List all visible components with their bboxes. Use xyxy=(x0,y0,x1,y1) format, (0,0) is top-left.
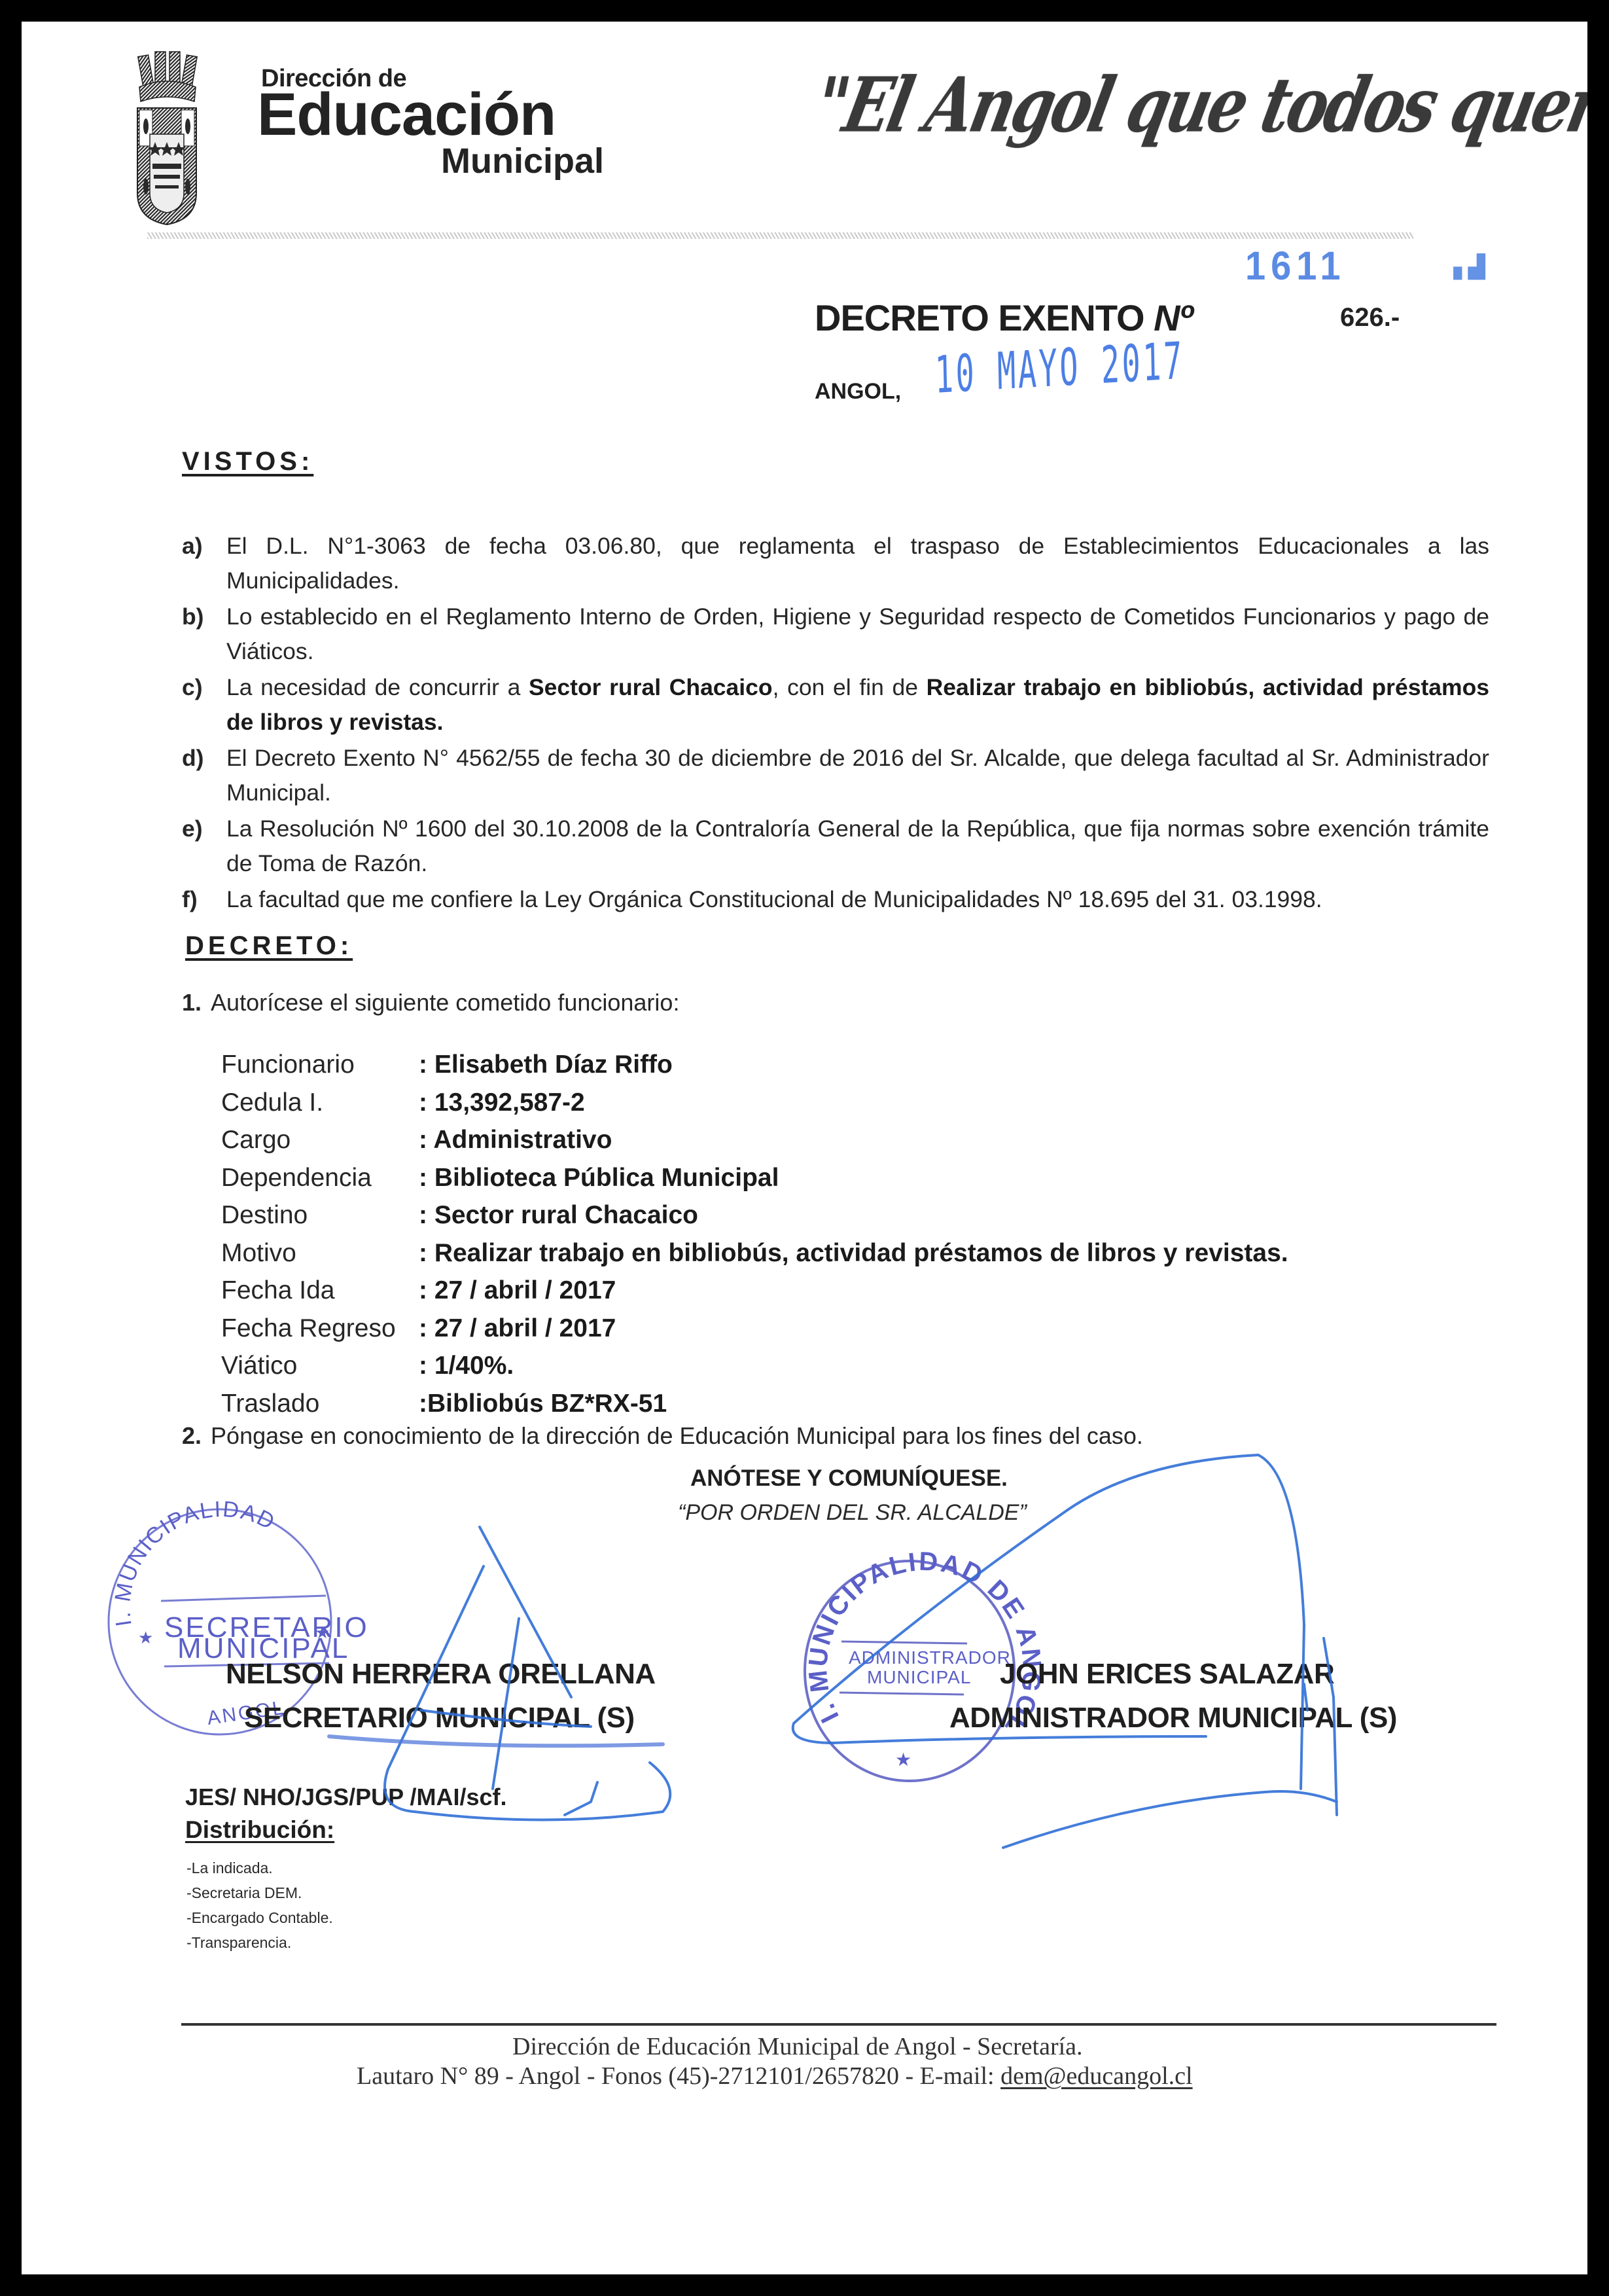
svg-text:★: ★ xyxy=(315,1623,330,1642)
header-divider xyxy=(147,232,1413,239)
item-text: El D.L. N°1-3063 de fecha 03.06.80, que … xyxy=(226,533,1489,594)
item-text: La facultad que me confiere la Ley Orgán… xyxy=(226,886,1322,912)
detail-key: Destino xyxy=(221,1196,417,1234)
distribution-item: -Transparencia. xyxy=(186,1930,333,1955)
svg-text:ADMINISTRADOR: ADMINISTRADOR xyxy=(849,1647,1011,1668)
vistos-item: f)La facultad que me confiere la Ley Org… xyxy=(182,882,1489,917)
item-label: e) xyxy=(182,812,203,846)
point-text: Autorícese el siguiente cometido funcion… xyxy=(211,989,679,1016)
secretario-seal-icon xyxy=(109,1509,331,1734)
header-org-line2: Educación xyxy=(257,84,556,145)
signatory-right-name: JOHN ERICES SALAZAR xyxy=(1000,1658,1334,1691)
detail-key: Viático xyxy=(221,1347,417,1385)
distribution-heading: Distribución: xyxy=(185,1816,334,1844)
point-text: Póngase en conocimiento de la dirección … xyxy=(211,1422,1143,1449)
decree-title-prefix: DECRETO EXENTO xyxy=(815,297,1154,338)
detail-value: : 27 / abril / 2017 xyxy=(419,1272,616,1310)
footer-email-link[interactable]: dem@educangol.cl xyxy=(1000,2062,1193,2090)
decreto-point-1: 1.Autorícese el siguiente cometido funci… xyxy=(182,989,679,1016)
vistos-item: b)Lo establecido en el Reglamento Intern… xyxy=(182,600,1489,669)
item-text: La Resolución Nº 1600 del 30.10.2008 de … xyxy=(226,816,1489,876)
detail-value: : 1/40%. xyxy=(419,1347,514,1385)
distribution-item: -La indicada. xyxy=(186,1856,333,1880)
detail-key: Funcionario xyxy=(221,1046,417,1084)
point-number: 2. xyxy=(182,1422,202,1449)
item-label: b) xyxy=(182,600,204,634)
svg-text:MUNICIPAL: MUNICIPAL xyxy=(867,1667,971,1687)
closing-por-orden: “POR ORDEN DEL SR. ALCALDE” xyxy=(678,1500,1027,1526)
detail-value: : Biblioteca Pública Municipal xyxy=(419,1159,779,1197)
detail-value: : Sector rural Chacaico xyxy=(419,1196,698,1234)
decree-number: 626.- xyxy=(1340,303,1400,332)
signatory-left-title: SECRETARIO MUNICIPAL (S) xyxy=(244,1702,635,1734)
distribution-item: -Encargado Contable. xyxy=(186,1905,333,1930)
item-label: d) xyxy=(182,741,204,776)
detail-key: Motivo xyxy=(221,1234,417,1272)
detail-value: :Bibliobús BZ*RX-51 xyxy=(419,1385,667,1423)
document-page: Dirección de Educación Municipal "El Ang… xyxy=(22,22,1587,2274)
detail-key: Cargo xyxy=(221,1121,417,1159)
header-org-line3: Municipal xyxy=(441,143,604,179)
vistos-item: e)La Resolución Nº 1600 del 30.10.2008 d… xyxy=(182,812,1489,881)
decree-title: DECRETO EXENTO Nº xyxy=(815,296,1192,339)
footer-line-2: Lautaro N° 89 - Angol - Fonos (45)-27121… xyxy=(357,2062,1193,2090)
item-text: , con el fin de xyxy=(773,674,927,700)
vistos-heading: VISTOS: xyxy=(182,447,313,476)
svg-text:SECRETARIO: SECRETARIO xyxy=(164,1611,369,1643)
registry-stamp-marks: ▗ ▟ xyxy=(1445,254,1485,280)
footer-divider xyxy=(181,2023,1496,2026)
item-label: f) xyxy=(182,882,198,917)
date-stamp: 10 MAYO 2017 xyxy=(934,336,1185,401)
decree-place: ANGOL, xyxy=(815,379,901,404)
detail-value: : 13,392,587-2 xyxy=(419,1084,585,1122)
distribution-list: -La indicada.-Secretaria DEM.-Encargado … xyxy=(186,1856,333,1955)
vistos-list: a)El D.L. N°1-3063 de fecha 03.06.80, qu… xyxy=(182,529,1489,918)
registry-stamp-number: 1611 xyxy=(1245,242,1346,289)
item-label: a) xyxy=(182,529,203,564)
item-text: El Decreto Exento N° 4562/55 de fecha 30… xyxy=(226,745,1489,806)
item-label: c) xyxy=(182,670,203,705)
detail-value: : Administrativo xyxy=(419,1121,612,1159)
svg-text:I. MUNICIPALIDAD: I. MUNICIPALIDAD xyxy=(110,1497,279,1628)
closing-anotese: ANÓTESE Y COMUNÍQUESE. xyxy=(690,1465,1008,1492)
administrador-seal-icon xyxy=(805,1561,1014,1781)
coat-of-arms-icon xyxy=(134,29,200,226)
item-text: Lo establecido en el Reglamento Interno … xyxy=(226,603,1489,664)
point-number: 1. xyxy=(182,989,202,1016)
footer-line-1: Dirección de Educación Municipal de Ango… xyxy=(512,2032,1083,2061)
vistos-item: c)La necesidad de concurrir a Sector rur… xyxy=(182,670,1489,740)
decreto-point-2: 2.Póngase en conocimiento de la direcció… xyxy=(182,1422,1143,1450)
signatory-right-title: ADMINISTRADOR MUNICIPAL (S) xyxy=(949,1702,1397,1734)
detail-key: Dependencia xyxy=(221,1159,417,1197)
distribution-item: -Secretaria DEM. xyxy=(186,1880,333,1905)
footer-address: Lautaro N° 89 - Angol - Fonos (45)-27121… xyxy=(357,2062,1000,2090)
vistos-item: a)El D.L. N°1-3063 de fecha 03.06.80, qu… xyxy=(182,529,1489,598)
detail-value: : 27 / abril / 2017 xyxy=(419,1310,616,1348)
detail-key: Traslado xyxy=(221,1385,417,1423)
detail-value: : Elisabeth Díaz Riffo xyxy=(419,1046,673,1084)
detail-key: Fecha Regreso xyxy=(221,1310,417,1348)
detail-key: Fecha Ida xyxy=(221,1272,417,1310)
header-slogan: "El Angol que todos queremos..." xyxy=(809,67,1587,143)
signatory-left-name: NELSON HERRERA ORELLANA xyxy=(226,1658,656,1691)
detail-key: Cedula I. xyxy=(221,1084,417,1122)
svg-text:★: ★ xyxy=(895,1749,911,1770)
vistos-item: d)El Decreto Exento N° 4562/55 de fecha … xyxy=(182,741,1489,810)
detail-value: : Realizar trabajo en bibliobús, activid… xyxy=(419,1234,1288,1272)
item-text: La necesidad de concurrir a xyxy=(226,674,529,700)
item-bold: Sector rural Chacaico xyxy=(529,674,773,700)
initials-line: JES/ NHO/JGS/PUP /MAI/scf. xyxy=(185,1784,506,1811)
svg-text:★: ★ xyxy=(138,1628,153,1647)
seal-arc-text: I. MUNICIPALIDAD xyxy=(110,1497,279,1628)
decreto-heading: DECRETO: xyxy=(185,931,353,961)
